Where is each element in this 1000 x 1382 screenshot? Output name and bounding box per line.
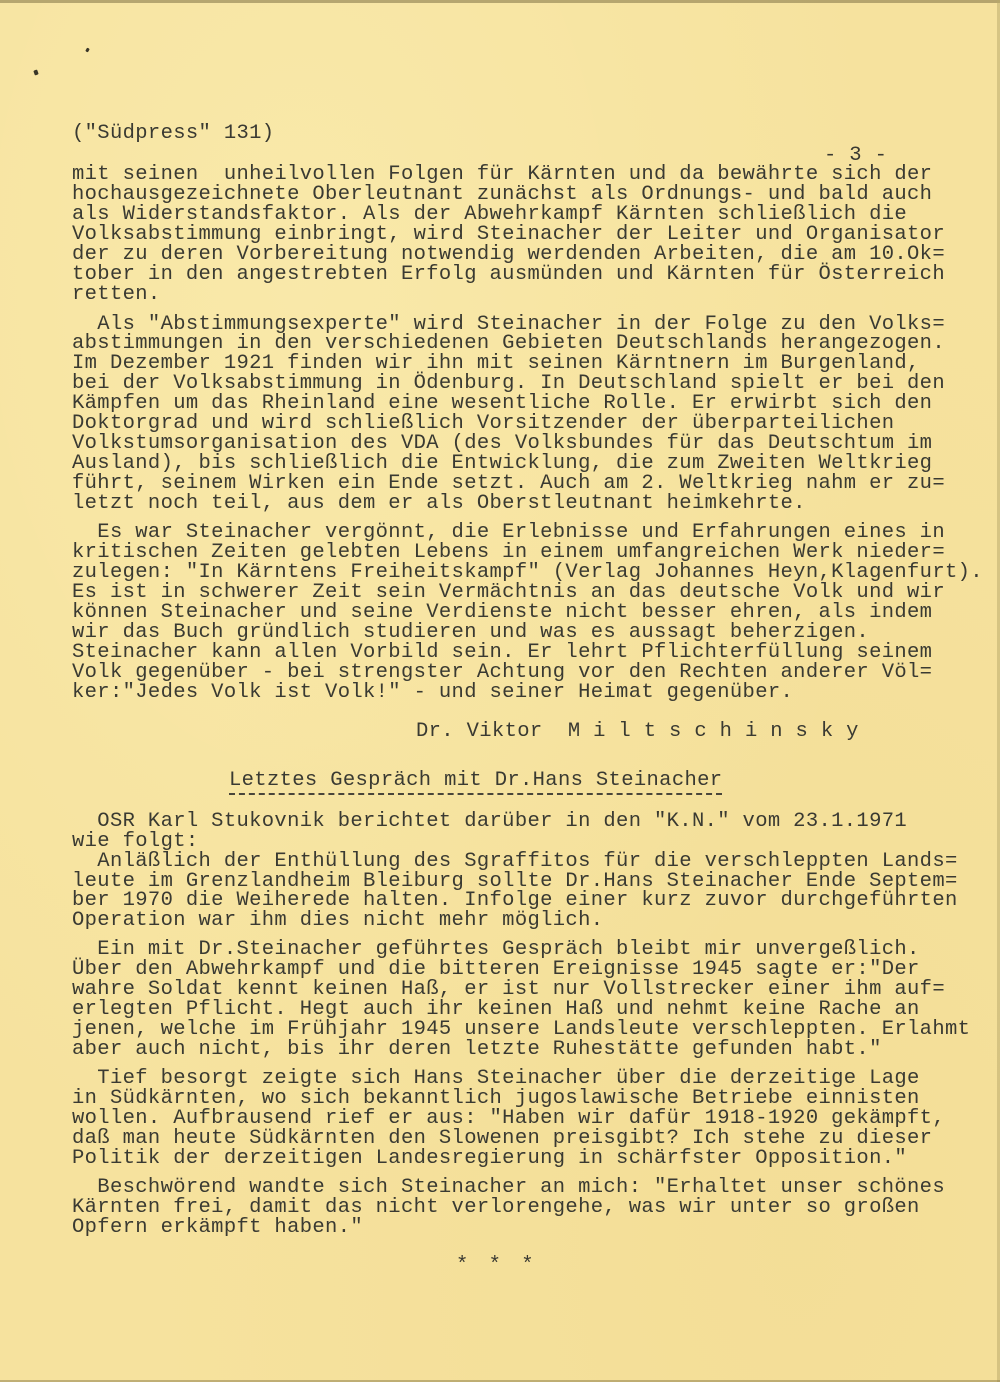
- ink-speck: [85, 48, 90, 53]
- paragraph-1-line: mit seinen unheilvollen Folgen für Kärnt…: [72, 165, 932, 185]
- paragraph-5-line: wahre Soldat kennt keinen Haß, er ist nu…: [72, 980, 945, 1000]
- typewritten-page: ("Südpress" 131) - 3 - mit seinen unheil…: [0, 0, 1000, 1382]
- paragraph-3-line: Es ist in schwerer Zeit sein Vermächtnis…: [72, 583, 945, 603]
- paragraph-4-line: Operation war ihm dies nicht mehr möglic…: [72, 911, 603, 931]
- paragraph-3-line: kritischen Zeiten gelebten Lebens in ein…: [72, 543, 945, 563]
- paragraph-1-line: retten.: [72, 285, 161, 305]
- header-reference: ("Südpress" 131): [72, 124, 274, 144]
- paragraph-1-line: hochausgezeichnete Oberleutnant zunächst…: [72, 185, 932, 205]
- ink-speck: [33, 69, 38, 75]
- paragraph-2-line: Im Dezember 1921 finden wir ihn mit sein…: [72, 354, 920, 374]
- paragraph-6-line: in Südkärnten, wo sich bekanntlich jugos…: [72, 1089, 920, 1109]
- paragraph-2-line: Kämpfen um das Rheinland eine wesentlich…: [72, 394, 932, 414]
- paragraph-1-line: Volksabstimmung einbringt, wird Steinach…: [72, 225, 945, 245]
- paragraph-3-line: Steinacher kann allen Vorbild sein. Er l…: [72, 643, 932, 663]
- paragraph-5-line: Ein mit Dr.Steinacher geführtes Gespräch…: [72, 940, 920, 960]
- paragraph-6-line: daß man heute Südkärnten den Slowenen pr…: [72, 1129, 932, 1149]
- paragraph-5-line: aber auch nicht, bis ihr deren letzte Ru…: [72, 1040, 882, 1060]
- paragraph-2-line: abstimmungen in den verschiedenen Gebiet…: [72, 334, 945, 354]
- paragraph-3-line: Volk gegenüber - bei strengster Achtung …: [72, 663, 932, 683]
- paragraph-6-line: Tief besorgt zeigte sich Hans Steinacher…: [72, 1069, 920, 1089]
- paragraph-5-line: erlegten Pflicht. Hegt auch ihr keinen H…: [72, 1000, 920, 1020]
- page-edge-top: [0, 0, 1000, 3]
- paragraph-3-line: ker:"Jedes Volk ist Volk!" - und seiner …: [72, 683, 793, 703]
- paragraph-3-line: zulegen: "In Kärntens Freiheitskampf" (V…: [72, 563, 983, 583]
- paragraph-2-line: bei der Volksabstimmung in Ödenburg. In …: [72, 374, 945, 394]
- paragraph-3-line: können Steinacher und seine Verdienste n…: [72, 603, 932, 623]
- paragraph-1-line: tober in den angestrebten Erfolg ausmünd…: [72, 265, 945, 285]
- paragraph-3-line: Es war Steinacher vergönnt, die Erlebnis…: [72, 523, 945, 543]
- paragraph-4-line: wie folgt:: [72, 832, 199, 852]
- paragraph-2-line: letzt noch teil, aus dem er als Oberstle…: [72, 494, 806, 514]
- paragraph-2-line: führt, seinem Wirken ein Ende setzt. Auc…: [72, 474, 945, 494]
- paragraph-6-line: wollen. Aufbrausend rief er aus: "Haben …: [72, 1109, 945, 1129]
- paragraph-6-line: Politik der derzeitigen Landesregierung …: [72, 1149, 907, 1169]
- section-title-text: Letztes Gespräch mit Dr.Hans Steinacher: [229, 769, 722, 795]
- paragraph-1-line: als Widerstandsfaktor. Als der Abwehrkam…: [72, 205, 907, 225]
- end-mark: * * *: [456, 1256, 538, 1276]
- paragraph-5-line: jenen, welche im Frühjahr 1945 unsere La…: [72, 1020, 970, 1040]
- paragraph-7-line: Kärnten frei, damit das nicht verlorenge…: [72, 1198, 920, 1218]
- paragraph-2-line: Volkstumsorganisation des VDA (des Volks…: [72, 434, 932, 454]
- paragraph-4-line: Anläßlich der Enthüllung des Sgraffitos …: [72, 852, 958, 872]
- paragraph-3-line: wir das Buch gründlich studieren und was…: [72, 623, 869, 643]
- paragraph-2-line: Doktorgrad und wird schließlich Vorsitze…: [72, 414, 894, 434]
- paragraph-1-line: der zu deren Vorbereitung notwendig werd…: [72, 245, 945, 265]
- paragraph-5-line: Über den Abwehrkampf und die bitteren Er…: [72, 960, 920, 980]
- paragraph-4-line: ber 1970 die Weiherede halten. Infolge e…: [72, 891, 958, 911]
- section-title: Letztes Gespräch mit Dr.Hans Steinacher: [229, 771, 722, 791]
- paragraph-4-line: OSR Karl Stukovnik berichtet darüber in …: [72, 812, 907, 832]
- paragraph-7-line: Beschwörend wandte sich Steinacher an mi…: [72, 1178, 945, 1198]
- paragraph-7-line: Opfern erkämpft haben.": [72, 1218, 363, 1238]
- author-signature: Dr. Viktor M i l t s c h i n s k y: [416, 722, 859, 742]
- paragraph-2-line: Ausland), bis schließlich die Entwicklun…: [72, 454, 932, 474]
